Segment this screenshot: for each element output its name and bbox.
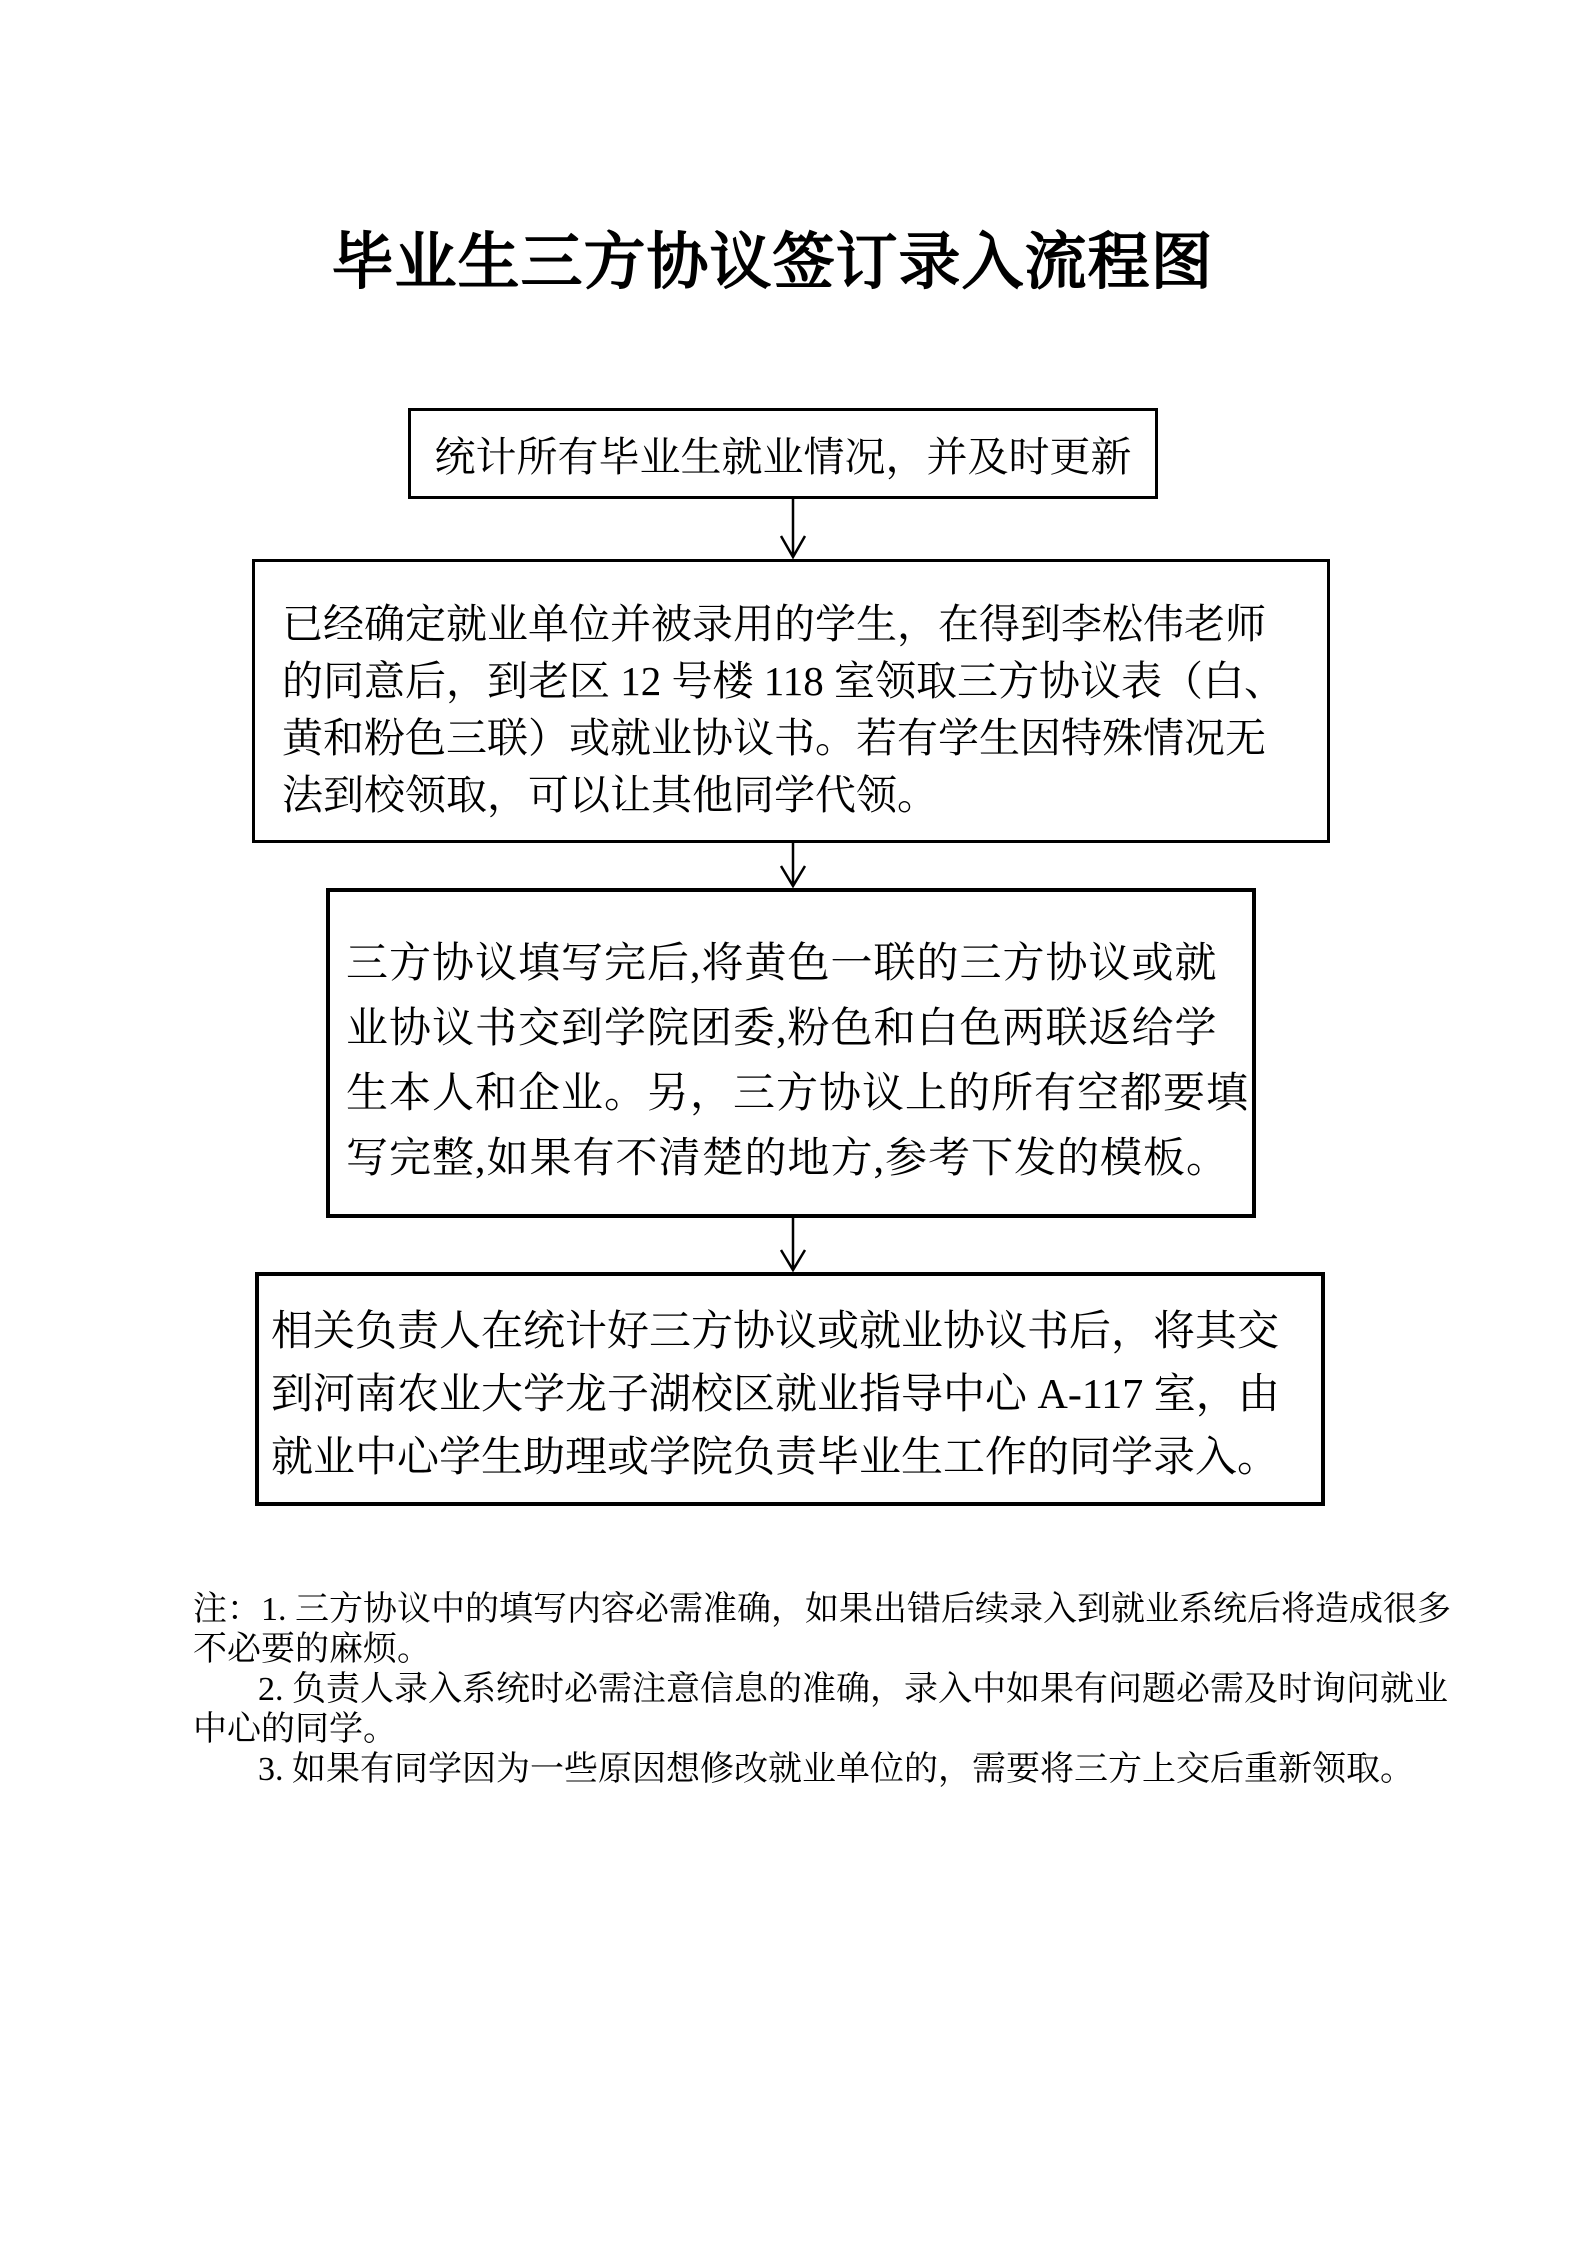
note-line: 3. 如果有同学因为一些原因想修改就业单位的，需要将三方上交后重新领取。 [193, 1750, 1463, 1790]
flow-step-2-text: 黄和粉色三联）或就业协议书。若有学生因特殊情况无 [282, 710, 1309, 767]
flow-step-4-box: 相关负责人在统计好三方协议或就业协议书后，将其交 到河南农业大学龙子湖校区就业指… [255, 1272, 1325, 1506]
note-line: 2. 负责人录入系统时必需注意信息的准确，录入中如果有问题必需及时询问就业 [193, 1670, 1463, 1710]
note-line: 不必要的麻烦。 [193, 1630, 1463, 1670]
flow-step-3-box: 三方协议填写完后,将黄色一联的三方协议或就 业协议书交到学院团委,粉色和白色两联… [326, 888, 1256, 1218]
page-title: 毕业生三方协议签订录入流程图 [0, 226, 1545, 300]
flow-step-1-text: 统计所有毕业生就业情况，并及时更新 [435, 424, 1132, 483]
notes-section: 注：1. 三方协议中的填写内容必需准确，如果出错后续录入到就业系统后将造成很多 … [193, 1590, 1463, 1790]
note-line: 中心的同学。 [193, 1710, 1463, 1750]
down-arrow-icon [777, 1218, 809, 1272]
flow-step-2-text: 已经确定就业单位并被录用的学生，在得到李松伟老师 [282, 596, 1309, 653]
flow-step-2-box: 已经确定就业单位并被录用的学生，在得到李松伟老师 的同意后，到老区 12 号楼 … [252, 559, 1330, 843]
flow-step-3-text: 三方协议填写完后,将黄色一联的三方协议或就 [346, 932, 1238, 997]
flow-step-4-text: 到河南农业大学龙子湖校区就业指导中心 A-117 室，由 [271, 1364, 1307, 1427]
flow-step-3-text: 生本人和企业。另，三方协议上的所有空都要填 [346, 1062, 1238, 1127]
flow-step-4-text: 就业中心学生助理或学院负责毕业生工作的同学录入。 [271, 1427, 1307, 1490]
flow-step-3-text: 业协议书交到学院团委,粉色和白色两联返给学 [346, 997, 1238, 1062]
flow-step-2-text: 的同意后，到老区 12 号楼 118 室领取三方协议表（白、 [282, 653, 1309, 710]
document-page: 毕业生三方协议签订录入流程图 统计所有毕业生就业情况，并及时更新 已经确定就业单… [0, 0, 1587, 2245]
down-arrow-icon [777, 498, 809, 559]
note-line: 注：1. 三方协议中的填写内容必需准确，如果出错后续录入到就业系统后将造成很多 [193, 1590, 1463, 1630]
flow-step-1-box: 统计所有毕业生就业情况，并及时更新 [408, 408, 1158, 499]
flow-step-2-text: 法到校领取，可以让其他同学代领。 [282, 767, 1309, 824]
down-arrow-icon [777, 842, 809, 888]
flow-step-3-text: 写完整,如果有不清楚的地方,参考下发的模板。 [346, 1127, 1238, 1192]
flow-step-4-text: 相关负责人在统计好三方协议或就业协议书后，将其交 [271, 1301, 1307, 1364]
